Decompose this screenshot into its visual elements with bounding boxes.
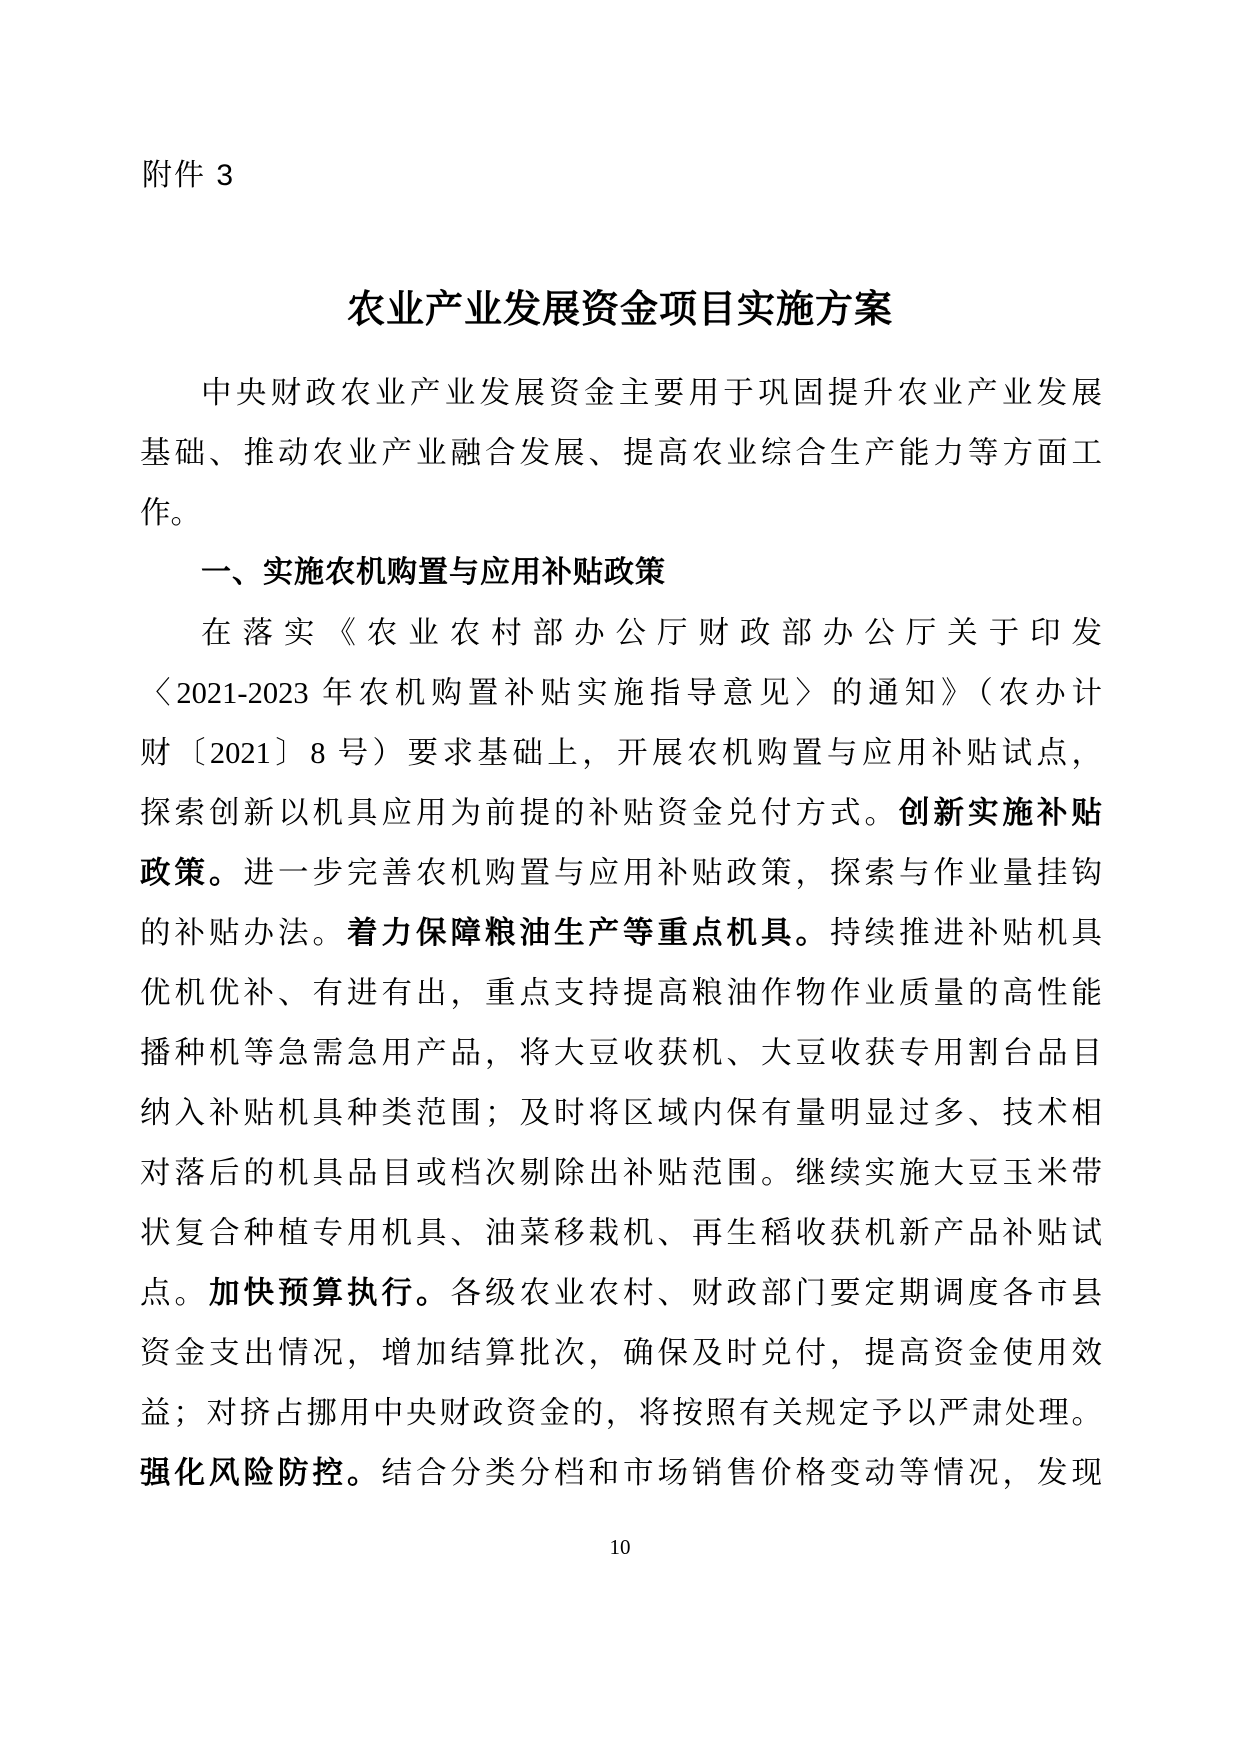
document-page: 附件 3 农业产业发展资金项目实施方案 中央财政农业产业发展资金主要用于巩固提升… (0, 0, 1240, 1754)
emphasized-text: 政策。 (140, 856, 244, 890)
text-line: 的补贴办法。着力保障粮油生产等重点机具。持续推进补贴机具 (140, 903, 1102, 963)
body-text: 状复合种植专用机具、油菜移栽机、再生稻收获机新产品补贴试 (140, 1216, 1102, 1250)
text-line: 优机优补、有进有出，重点支持提高粮油作物作业质量的高性能 (140, 963, 1102, 1023)
text-line: 播种机等急需急用产品，将大豆收获机、大豆收获专用割台品目 (140, 1023, 1102, 1083)
body-text: 进一步完善农机购置与应用补贴政策，探索与作业量挂钩 (244, 856, 1103, 890)
text-line: 中央财政农业产业发展资金主要用于巩固提升农业产业发展 (140, 363, 1102, 423)
body-text: 作。 (140, 496, 201, 530)
text-line: 探索创新以机具应用为前提的补贴资金兑付方式。创新实施补贴 (140, 783, 1102, 843)
emphasized-text: 着力保障粮油生产等重点机具。 (347, 916, 830, 950)
section-heading: 一、实施农机购置与应用补贴政策 (140, 543, 1102, 603)
body-text: 对落后的机具品目或档次剔除出补贴范围。继续实施大豆玉米带 (140, 1156, 1102, 1190)
text-line: 政策。进一步完善农机购置与应用补贴政策，探索与作业量挂钩 (140, 843, 1102, 903)
text-line: 在落实《农业农村部办公厅财政部办公厅关于印发 (140, 603, 1102, 663)
body-text: 持续推进补贴机具 (830, 916, 1102, 950)
body-text: 〈2021-2023 年农机购置补贴实施指导意见〉的通知》（农办计 (140, 676, 1102, 710)
page-number: 10 (0, 1535, 1240, 1560)
body-text: 的补贴办法。 (140, 916, 347, 950)
body-text: 结合分类分档和市场销售价格变动等情况，发现 (382, 1456, 1103, 1490)
body-text: 各级农业农村、财政部门要定期调度各市县 (451, 1276, 1103, 1310)
body-text: 优机优补、有进有出，重点支持提高粮油作物作业质量的高性能 (140, 976, 1102, 1010)
body-text: 基础、推动农业产业融合发展、提高农业综合生产能力等方面工 (140, 436, 1102, 470)
text-line: 强化风险防控。结合分类分档和市场销售价格变动等情况，发现 (140, 1443, 1102, 1503)
text-line: 资金支出情况，增加结算批次，确保及时兑付，提高资金使用效 (140, 1323, 1102, 1383)
emphasized-text: 强化风险防控。 (140, 1456, 382, 1490)
text-line: 作。 (140, 483, 1102, 543)
emphasized-text: 创新实施补贴 (899, 796, 1102, 830)
text-line: 对落后的机具品目或档次剔除出补贴范围。继续实施大豆玉米带 (140, 1143, 1102, 1203)
body-text: 益；对挤占挪用中央财政资金的，将按照有关规定予以严肃处理。 (140, 1396, 1102, 1430)
emphasized-text: 一、实施农机购置与应用补贴政策 (201, 556, 666, 589)
body-text: 在落实《农业农村部办公厅财政部办公厅关于印发 (201, 616, 1102, 650)
text-line: 纳入补贴机具种类范围；及时将区域内保有量明显过多、技术相 (140, 1083, 1102, 1143)
emphasized-text: 加快预算执行。 (209, 1276, 451, 1310)
body-text: 财〔2021〕8 号）要求基础上，开展农机购置与应用补贴试点， (140, 736, 1102, 770)
attachment-label: 附件 3 (142, 150, 235, 194)
document-title: 农业产业发展资金项目实施方案 (140, 280, 1100, 340)
body-text: 点。 (140, 1276, 209, 1310)
body-text: 播种机等急需急用产品，将大豆收获机、大豆收获专用割台品目 (140, 1036, 1102, 1070)
text-line: 点。加快预算执行。各级农业农村、财政部门要定期调度各市县 (140, 1263, 1102, 1323)
text-line: 基础、推动农业产业融合发展、提高农业综合生产能力等方面工 (140, 423, 1102, 483)
text-line: 〈2021-2023 年农机购置补贴实施指导意见〉的通知》（农办计 (140, 663, 1102, 723)
body-text: 探索创新以机具应用为前提的补贴资金兑付方式。 (140, 796, 899, 830)
document-body: 中央财政农业产业发展资金主要用于巩固提升农业产业发展基础、推动农业产业融合发展、… (140, 363, 1102, 1503)
body-text: 中央财政农业产业发展资金主要用于巩固提升农业产业发展 (201, 376, 1102, 410)
body-text: 资金支出情况，增加结算批次，确保及时兑付，提高资金使用效 (140, 1336, 1102, 1370)
text-line: 益；对挤占挪用中央财政资金的，将按照有关规定予以严肃处理。 (140, 1383, 1102, 1443)
body-text: 纳入补贴机具种类范围；及时将区域内保有量明显过多、技术相 (140, 1096, 1102, 1130)
text-line: 状复合种植专用机具、油菜移栽机、再生稻收获机新产品补贴试 (140, 1203, 1102, 1263)
text-line: 财〔2021〕8 号）要求基础上，开展农机购置与应用补贴试点， (140, 723, 1102, 783)
